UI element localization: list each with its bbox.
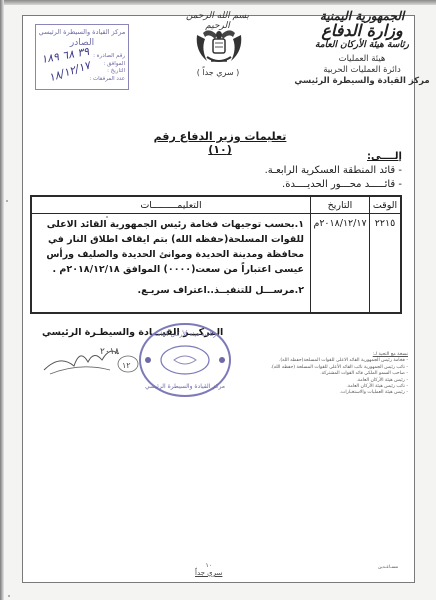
letterhead-department: دائرة العمليات الحربية [292,65,432,76]
header-time: الوقت [370,196,402,214]
svg-text:رئاسة هيئة الأركان العامة: رئاسة هيئة الأركان العامة [154,330,216,338]
copy-recipient: - فخامة رئيس الجمهورية القائد الاعلى للق… [271,358,408,364]
table-header-row: الوقت التاريخ التعليمـــــــــات [31,196,401,214]
round-official-stamp-icon: رئاسة هيئة الأركان العامة مركز القيادة و… [138,322,232,398]
stamp-org: مركز القيادة والسيطرة الرئيسي [36,28,128,36]
letterhead-authority: هيئة العمليات [292,54,432,65]
cell-instructions: ١.بحسب توجيهات فخامة رئيس الجمهورية القا… [31,214,311,314]
letterhead-center: مركز القيادة والسيطرة الرئيسي [292,76,432,87]
table-row: ٢٢١٥ ٢٠١٨/١٢/١٧م ١.بحسب توجيهات فخامة رئ… [31,214,401,314]
to-label: إلــــى: [265,150,402,164]
stamp-field: الموافق : [89,61,125,69]
handwritten-signature-icon: ٢٠١٨ ١٢ [40,340,140,380]
eagle-emblem-icon [193,25,245,67]
instruction-item: ١.بحسب توجيهات فخامة رئيس الجمهورية القا… [38,217,304,277]
footer-note: مسـاعـدين [378,565,398,570]
classification-bottom: سري جداً [195,569,222,577]
scan-speck [8,595,10,597]
letterhead: الجمهورية اليمنية وزارة الدفاع رئاسة هيئ… [292,10,432,87]
header-instructions: التعليمـــــــــات [31,196,311,214]
scan-edge-top [0,0,436,5]
copy-recipient: - رئيس هيئة العمليات والاستخبارات. [271,390,408,396]
page-number: ١٠ [195,562,222,569]
outgoing-stamp: مركز القيادة والسيطرة الرئيسي الصادر رقم… [35,24,129,90]
svg-text:٢٠١٨: ٢٠١٨ [100,347,120,357]
scan-speck [106,216,108,218]
recipients-block: إلــــى: - قائد المنطقة العسكرية الرابعـ… [265,150,402,192]
stamp-fields: رقم الصادرة : الموافق : التاريخ : عدد ال… [89,53,125,83]
cell-date: ٢٠١٨/١٢/١٧م [311,214,370,314]
instructions-table: الوقت التاريخ التعليمـــــــــات ٢٢١٥ ٢٠… [30,195,402,314]
recipient: - قائد المنطقة العسكرية الرابعـة. [265,164,402,178]
svg-text:١٢: ١٢ [122,361,131,370]
stamp-field: عدد المرفقات : [89,76,125,84]
recipient: - قائـــــد محـــور الحديــــدة. [265,178,402,192]
letterhead-presidency: رئاسة هيئة الأركان العامة [292,41,432,50]
stamp-field: التاريخ : [89,68,125,76]
classification-top: ( سري جداً ) [190,68,246,77]
svg-text:مركز القيادة والسيطرة الرئيسي: مركز القيادة والسيطرة الرئيسي [145,383,225,390]
scan-speck [6,200,8,202]
stamp-field: رقم الصادرة : [89,53,125,61]
letterhead-ministry: وزارة الدفاع [292,23,432,39]
copies-list: نسخة مع التحية لـ: - فخامة رئيس الجمهوري… [271,352,408,397]
instruction-item: ٢.مرســـل للتنفيــذ..اعتراف سريـع. [38,283,304,298]
header-date: التاريخ [311,196,370,214]
scan-edge-left [0,0,4,600]
cell-time: ٢٢١٥ [370,214,402,314]
footer-classification: ١٠ سري جداً [195,562,222,577]
